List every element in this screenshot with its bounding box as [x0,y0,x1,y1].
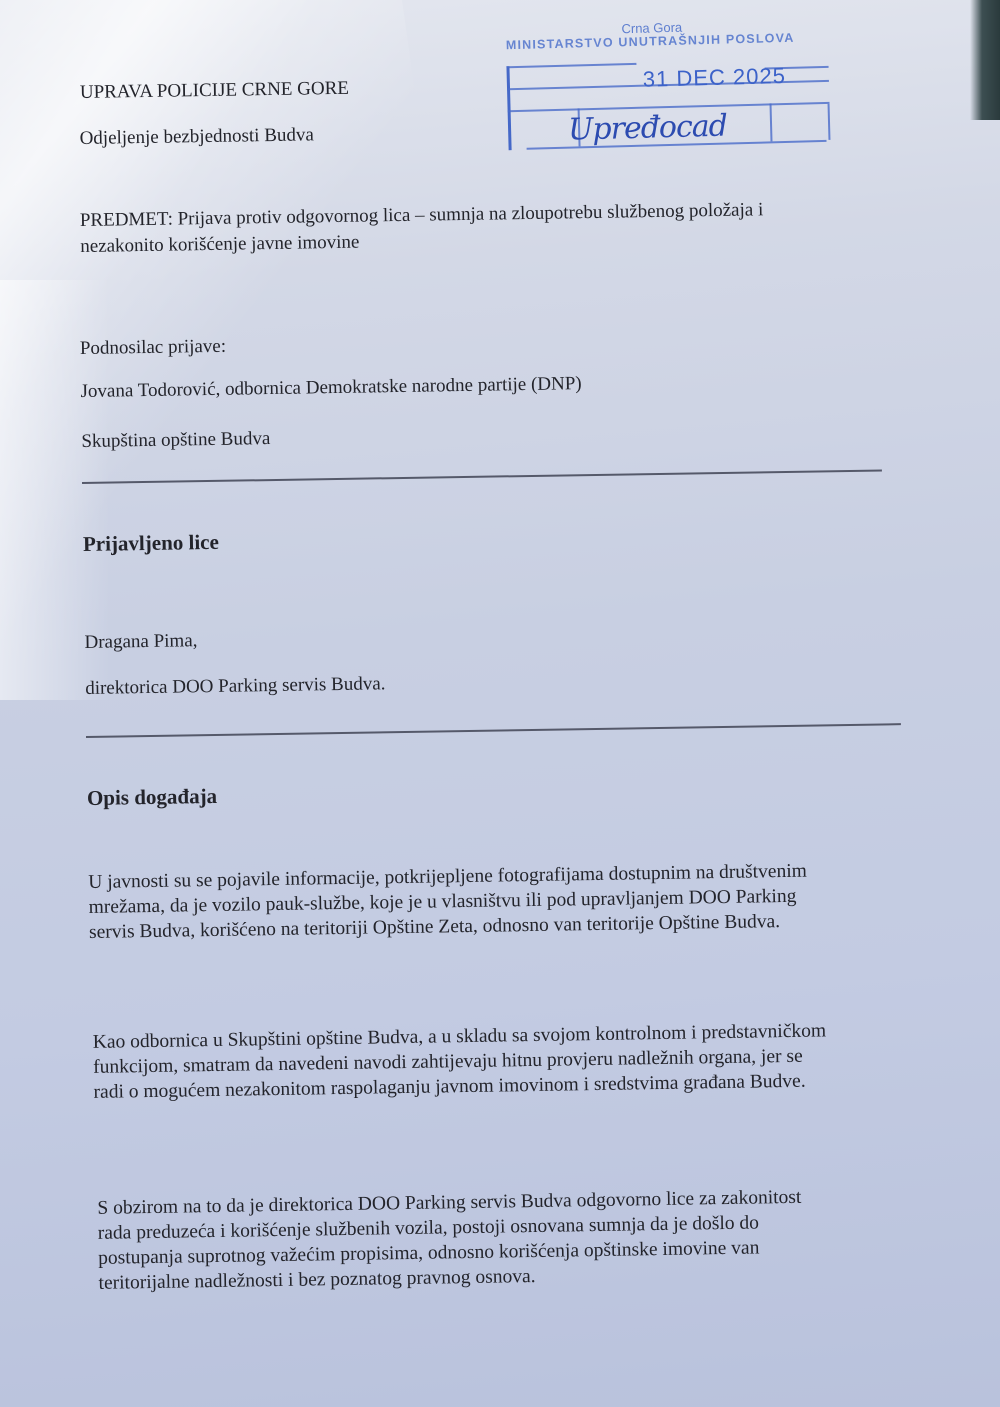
subject-line-2: nezakonito korišćenje javne imovine [80,232,359,258]
section-divider [82,469,882,483]
reported-person-heading: Prijavljeno lice [83,530,219,557]
description-paragraph-1: U javnosti su se pojavile informacije, p… [88,859,808,945]
description-heading: Opis događaja [87,784,218,811]
document-body: UPRAVA POLICIJE CRNE GORE Odjeljenje bez… [0,0,1000,1407]
section-divider [86,723,901,737]
paper-sheet: Crna Gora MINISTARSTVO UNUTRAŠNJIH POSLO… [0,0,1000,1407]
reported-person-role: direktorica DOO Parking servis Budva. [85,673,386,700]
complainant-name: Jovana Todorović, odbornica Demokratske … [80,373,581,403]
complainant-label: Podnosilac prijave: [80,336,226,360]
complainant-body: Skupština opštine Budva [81,428,270,453]
department: Odjeljenje bezbjednosti Budva [79,124,314,150]
description-paragraph-2: Kao odbornica u Skupštini opštine Budva,… [93,1018,827,1105]
description-paragraph-3: S obzirom na to da je direktorica DOO Pa… [97,1185,802,1296]
reported-person-name: Dragana Pima, [84,630,197,654]
subject-line-1: PREDMET: Prijava protiv odgovornog lica … [80,199,764,232]
addressee: UPRAVA POLICIJE CRNE GORE [80,78,349,104]
